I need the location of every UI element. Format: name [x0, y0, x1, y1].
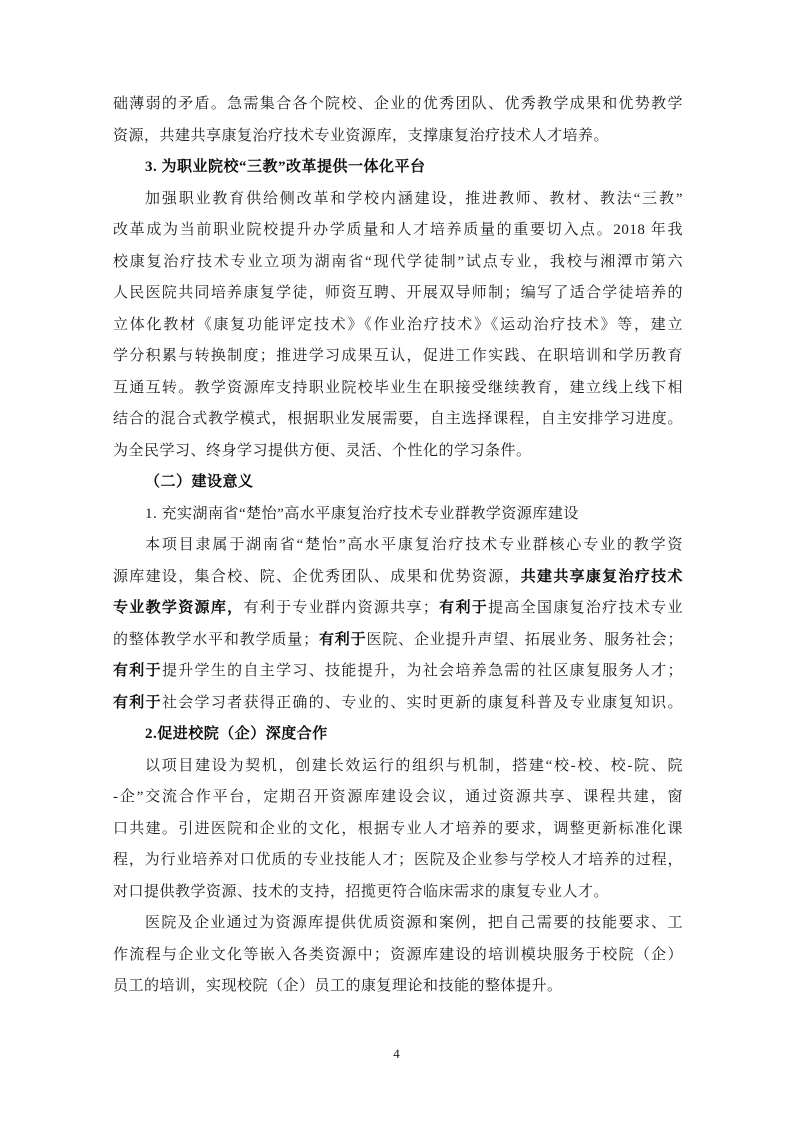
text-line: 医院及企业通过为资源库提供优质资源和案例，把自己需要的技能要求、工: [113, 908, 683, 940]
document-page: 础薄弱的矛盾。急需集合各个院校、企业的优秀团队、优秀教学成果和优势教学资源，共建…: [0, 0, 793, 1122]
text-run: 医院及企业通过为资源库提供优质资源和案例，把自己需要的技能要求、工: [145, 915, 683, 931]
heading-line: 3. 为职业院校“三教”改革提供一体化平台: [113, 152, 683, 184]
bold-text-run: 有利于: [319, 632, 367, 648]
text-run: 学分积累与转换制度；推进学习成果互认，促进工作实践、在职培训和学历教育: [113, 348, 683, 364]
text-line: 的整体教学水平和教学质量；有利于医院、企业提升声望、拓展业务、服务社会；: [113, 625, 683, 657]
text-line: 立体化教材《康复功能评定技术》《作业治疗技术》《运动治疗技术》等，建立: [113, 310, 683, 342]
text-run: 立体化教材《康复功能评定技术》《作业治疗技术》《运动治疗技术》等，建立: [113, 317, 683, 333]
text-run: 源库建设，集合校、院、企优秀团队、成果和优势资源，: [113, 569, 521, 585]
text-run: 有利于专业群内资源共享；: [243, 600, 438, 616]
text-line: 以项目建设为契机，创建长效运行的组织与机制，搭建“校-校、校-院、院: [113, 751, 683, 783]
text-run: 作流程与企业文化等嵌入各类资源中；资源库建设的培训模块服务于校院（企）: [113, 947, 683, 963]
text-run: 口共建。引进医院和企业的文化，根据专业人才培养的要求，调整更新标准化课: [113, 821, 683, 837]
text-run: 资源，共建共享康复治疗技术专业资源库，支撑康复治疗技术人才培养。: [113, 128, 609, 144]
heading-line: （二）建设意义: [113, 467, 683, 499]
text-run: 1. 充实湖南省“楚怡”高水平康复治疗技术专业群教学资源库建设: [145, 506, 579, 522]
text-run: -企”交流合作平台，定期召开资源库建设会议，通过资源共享、课程共建，窗: [113, 789, 683, 805]
text-run: 对口提供教学资源、技术的支持，招揽更符合临床需求的康复专业人才。: [113, 884, 609, 900]
text-run: 互通互转。教学资源库支持职业院校毕业生在职接受继续教育，建立线上线下相: [113, 380, 683, 396]
text-line: 校康复治疗技术专业立项为湖南省“现代学徒制”试点专业，我校与湘潭市第六: [113, 247, 683, 279]
document-body: 础薄弱的矛盾。急需集合各个院校、企业的优秀团队、优秀教学成果和优势教学资源，共建…: [113, 89, 683, 1003]
text-line: 1. 充实湖南省“楚怡”高水平康复治疗技术专业群教学资源库建设: [113, 499, 683, 531]
bold-text-run: （二）建设意义: [145, 474, 254, 490]
text-run: 础薄弱的矛盾。急需集合各个院校、企业的优秀团队、优秀教学成果和优势教学: [113, 96, 683, 112]
text-run: 改革成为当前职业院校提升办学质量和人才培养质量的重要切入点。2018 年我: [113, 222, 683, 238]
text-run: 结合的混合式教学模式，根据职业发展需要，自主选择课程，自主安排学习进度。: [113, 411, 683, 427]
bold-text-run: 有利于: [113, 663, 162, 679]
text-run: 的整体教学水平和教学质量；: [113, 632, 319, 648]
text-run: 以项目建设为契机，创建长效运行的组织与机制，搭建“校-校、校-院、院: [145, 758, 683, 774]
text-run: 员工的培训，实现校院（企）员工的康复理论和技能的整体提升。: [113, 978, 563, 994]
text-line: 口共建。引进医院和企业的文化，根据专业人才培养的要求，调整更新标准化课: [113, 814, 683, 846]
text-run: 医院、企业提升声望、拓展业务、服务社会；: [366, 632, 683, 648]
text-run: 提高全国康复治疗技术专业: [488, 600, 683, 616]
text-run: 校康复治疗技术专业立项为湖南省“现代学徒制”试点专业，我校与湘潭市第六: [113, 254, 683, 270]
text-run: 人民医院共同培养康复学徒，师资互聘、开展双导师制；编写了适合学徒培养的: [113, 285, 683, 301]
bold-text-run: 有利于: [438, 600, 488, 616]
text-run: 加强职业教育供给侧改革和学校内涵建设，推进教师、教材、教法“三教”: [145, 191, 683, 207]
bold-text-run: 共建共享康复治疗技术: [521, 569, 683, 585]
bold-text-run: 有利于: [113, 695, 162, 711]
text-run: 本项目隶属于湖南省“楚怡”高水平康复治疗技术专业群核心专业的教学资: [145, 537, 683, 553]
text-line: 有利于社会学习者获得正确的、专业的、实时更新的康复科普及专业康复知识。: [113, 688, 683, 720]
bold-text-run: 3. 为职业院校“三教”改革提供一体化平台: [145, 159, 426, 175]
bold-text-run: 2.促进校院（企）深度合作: [145, 726, 328, 742]
page-number: 4: [0, 1046, 793, 1062]
text-line: 为全民学习、终身学习提供方便、灵活、个性化的学习条件。: [113, 436, 683, 468]
text-run: 社会学习者获得正确的、专业的、实时更新的康复科普及专业康复知识。: [162, 695, 683, 711]
text-line: 互通互转。教学资源库支持职业院校毕业生在职接受继续教育，建立线上线下相: [113, 373, 683, 405]
text-line: 学分积累与转换制度；推进学习成果互认，促进工作实践、在职培训和学历教育: [113, 341, 683, 373]
text-line: 人民医院共同培养康复学徒，师资互聘、开展双导师制；编写了适合学徒培养的: [113, 278, 683, 310]
text-line: 有利于提升学生的自主学习、技能提升，为社会培养急需的社区康复服务人才；: [113, 656, 683, 688]
heading-line: 2.促进校院（企）深度合作: [113, 719, 683, 751]
text-line: 员工的培训，实现校院（企）员工的康复理论和技能的整体提升。: [113, 971, 683, 1003]
text-run: 为全民学习、终身学习提供方便、灵活、个性化的学习条件。: [113, 443, 532, 459]
text-run: 提升学生的自主学习、技能提升，为社会培养急需的社区康复服务人才；: [162, 663, 683, 679]
text-line: 加强职业教育供给侧改革和学校内涵建设，推进教师、教材、教法“三教”: [113, 184, 683, 216]
bold-text-run: 专业教学资源库，: [113, 600, 243, 616]
text-line: 专业教学资源库，有利于专业群内资源共享；有利于提高全国康复治疗技术专业: [113, 593, 683, 625]
text-line: 作流程与企业文化等嵌入各类资源中；资源库建设的培训模块服务于校院（企）: [113, 940, 683, 972]
text-line: 础薄弱的矛盾。急需集合各个院校、企业的优秀团队、优秀教学成果和优势教学: [113, 89, 683, 121]
text-line: 资源，共建共享康复治疗技术专业资源库，支撑康复治疗技术人才培养。: [113, 121, 683, 153]
text-line: 程，为行业培养对口优质的专业技能人才；医院及企业参与学校人才培养的过程，: [113, 845, 683, 877]
text-line: 结合的混合式教学模式，根据职业发展需要，自主选择课程，自主安排学习进度。: [113, 404, 683, 436]
text-line: 对口提供教学资源、技术的支持，招揽更符合临床需求的康复专业人才。: [113, 877, 683, 909]
text-line: 改革成为当前职业院校提升办学质量和人才培养质量的重要切入点。2018 年我: [113, 215, 683, 247]
text-line: 本项目隶属于湖南省“楚怡”高水平康复治疗技术专业群核心专业的教学资: [113, 530, 683, 562]
text-line: -企”交流合作平台，定期召开资源库建设会议，通过资源共享、课程共建，窗: [113, 782, 683, 814]
text-line: 源库建设，集合校、院、企优秀团队、成果和优势资源，共建共享康复治疗技术: [113, 562, 683, 594]
text-run: 程，为行业培养对口优质的专业技能人才；医院及企业参与学校人才培养的过程，: [113, 852, 683, 868]
